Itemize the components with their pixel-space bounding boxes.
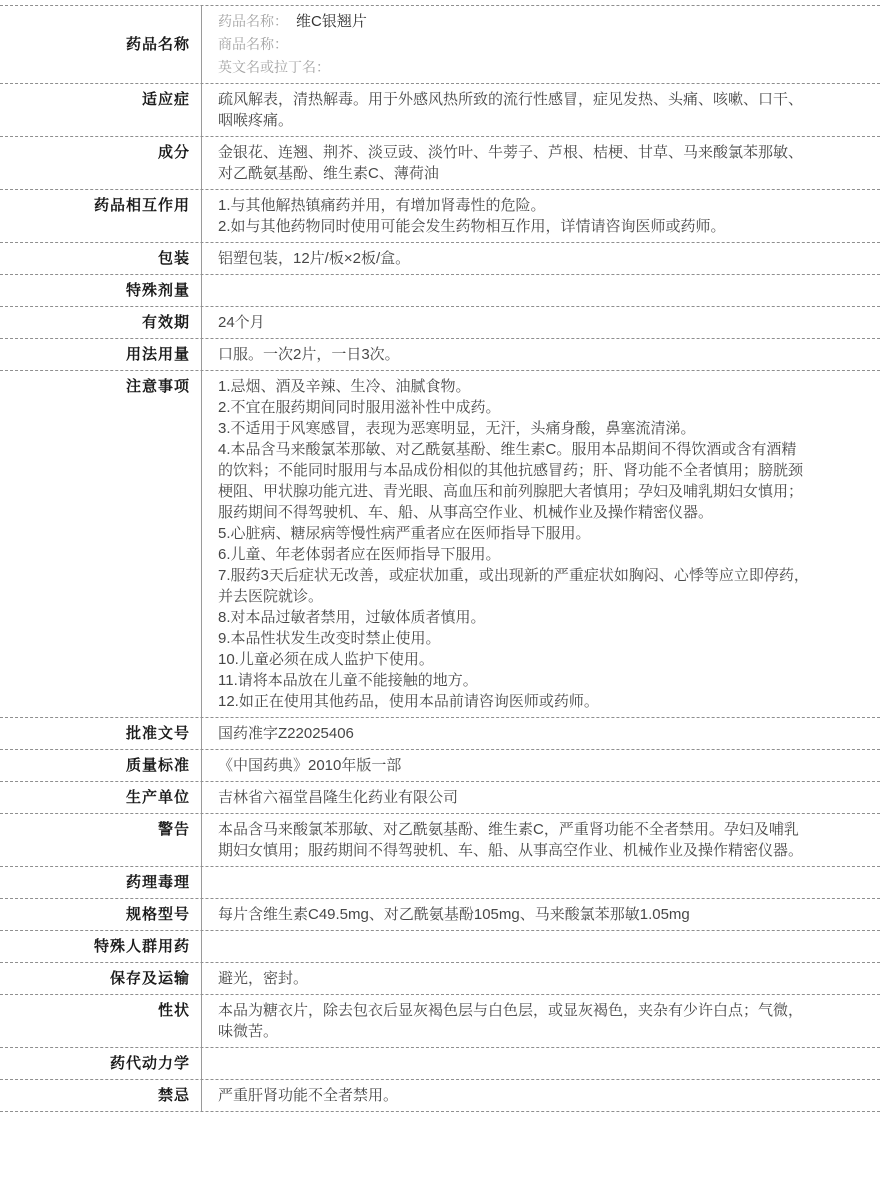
table-row: 特殊人群用药 — [0, 931, 880, 963]
row-label: 药代动力学 — [0, 1048, 202, 1079]
row-label: 注意事项 — [0, 371, 202, 717]
content-text: 金银花、连翘、荆芥、淡豆豉、淡竹叶、牛蒡子、芦根、桔梗、甘草、马来酸氯苯那敏、对… — [218, 142, 810, 184]
content-text: 本品含马来酸氯苯那敏、对乙酰氨基酚、维生素C，严重肾功能不全者禁用。孕妇及哺乳期… — [218, 819, 810, 861]
table-row: 质量标准《中国药典》2010年版一部 — [0, 750, 880, 782]
row-label: 性状 — [0, 995, 202, 1047]
row-label: 适应症 — [0, 84, 202, 136]
content-text: 本品为糖衣片，除去包衣后显灰褐色层与白色层，或显灰褐色，夹杂有少许白点；气微，味… — [218, 1000, 810, 1042]
row-content: 1.与其他解热镇痛药并用，有增加肾毒性的危险。2.如与其他药物同时使用可能会发生… — [202, 190, 880, 242]
content-line: 7.服药3天后症状无改善，或症状加重，或出现新的严重症状如胸闷、心悸等应立即停药… — [218, 565, 810, 607]
table-row: 包装铝塑包装，12片/板×2板/盒。 — [0, 243, 880, 275]
row-content: 国药准字Z22025406 — [202, 718, 880, 749]
row-content: 口服。一次2片，一日3次。 — [202, 339, 880, 370]
row-content: 1.忌烟、酒及辛辣、生冷、油腻食物。2.不宜在服药期间同时服用滋补性中成药。3.… — [202, 371, 880, 717]
row-label: 药品名称 — [0, 6, 202, 83]
content-text: 口服。一次2片，一日3次。 — [218, 344, 810, 365]
row-content: 每片含维生素C49.5mg、对乙酰氨基酚105mg、马来酸氯苯那敏1.05mg — [202, 899, 880, 930]
content-text: 24个月 — [218, 312, 810, 333]
content-text: 疏风解表，清热解毒。用于外感风热所致的流行性感冒，症见发热、头痛、咳嗽、口干、咽… — [218, 89, 810, 131]
row-label: 禁忌 — [0, 1080, 202, 1111]
row-label: 药理毒理 — [0, 867, 202, 898]
drug-name-field: 药品名称：维C银翘片 — [218, 10, 810, 33]
table-row: 适应症疏风解表，清热解毒。用于外感风热所致的流行性感冒，症见发热、头痛、咳嗽、口… — [0, 84, 880, 137]
row-content — [202, 275, 880, 306]
content-line: 5.心脏病、糖尿病等慢性病严重者应在医师指导下服用。 — [218, 523, 810, 544]
row-label: 保存及运输 — [0, 963, 202, 994]
field-key: 商品名称： — [218, 36, 288, 52]
table-row: 批准文号国药准字Z22025406 — [0, 718, 880, 750]
row-content: 金银花、连翘、荆芥、淡豆豉、淡竹叶、牛蒡子、芦根、桔梗、甘草、马来酸氯苯那敏、对… — [202, 137, 880, 189]
table-row: 药品名称药品名称：维C银翘片商品名称：英文名或拉丁名： — [0, 6, 880, 84]
table-row: 禁忌严重肝肾功能不全者禁用。 — [0, 1080, 880, 1112]
content-text — [218, 936, 810, 957]
table-row: 特殊剂量 — [0, 275, 880, 307]
content-text — [218, 872, 810, 893]
content-text: 《中国药典》2010年版一部 — [218, 755, 810, 776]
row-content: 药品名称：维C银翘片商品名称：英文名或拉丁名： — [202, 6, 880, 83]
table-row: 保存及运输避光，密封。 — [0, 963, 880, 995]
table-row: 警告本品含马来酸氯苯那敏、对乙酰氨基酚、维生素C，严重肾功能不全者禁用。孕妇及哺… — [0, 814, 880, 867]
content-line: 4.本品含马来酸氯苯那敏、对乙酰氨基酚、维生素C。服用本品期间不得饮酒或含有酒精… — [218, 439, 810, 523]
content-text — [218, 1053, 810, 1074]
content-text: 避光，密封。 — [218, 968, 810, 989]
row-label: 规格型号 — [0, 899, 202, 930]
row-content: 本品为糖衣片，除去包衣后显灰褐色层与白色层，或显灰褐色，夹杂有少许白点；气微，味… — [202, 995, 880, 1047]
drug-name-field: 商品名称： — [218, 33, 810, 56]
row-label: 有效期 — [0, 307, 202, 338]
content-line: 12.如正在使用其他药品，使用本品前请咨询医师或药师。 — [218, 691, 810, 712]
content-text: 吉林省六福堂昌隆生化药业有限公司 — [218, 787, 810, 808]
row-label: 生产单位 — [0, 782, 202, 813]
table-row: 注意事项1.忌烟、酒及辛辣、生冷、油腻食物。2.不宜在服药期间同时服用滋补性中成… — [0, 371, 880, 718]
content-text: 每片含维生素C49.5mg、对乙酰氨基酚105mg、马来酸氯苯那敏1.05mg — [218, 904, 810, 925]
table-row: 药代动力学 — [0, 1048, 880, 1080]
content-text: 严重肝肾功能不全者禁用。 — [218, 1085, 810, 1106]
table-row: 规格型号每片含维生素C49.5mg、对乙酰氨基酚105mg、马来酸氯苯那敏1.0… — [0, 899, 880, 931]
drug-name-field: 英文名或拉丁名： — [218, 56, 810, 79]
content-line: 10.儿童必须在成人监护下使用。 — [218, 649, 810, 670]
drug-info-table: 药品名称药品名称：维C银翘片商品名称：英文名或拉丁名：适应症疏风解表，清热解毒。… — [0, 5, 880, 1112]
row-label: 警告 — [0, 814, 202, 866]
content-text: 国药准字Z22025406 — [218, 723, 810, 744]
table-row: 药品相互作用1.与其他解热镇痛药并用，有增加肾毒性的危险。2.如与其他药物同时使… — [0, 190, 880, 243]
table-row: 性状本品为糖衣片，除去包衣后显灰褐色层与白色层，或显灰褐色，夹杂有少许白点；气微… — [0, 995, 880, 1048]
row-content: 《中国药典》2010年版一部 — [202, 750, 880, 781]
table-row: 成分金银花、连翘、荆芥、淡豆豉、淡竹叶、牛蒡子、芦根、桔梗、甘草、马来酸氯苯那敏… — [0, 137, 880, 190]
content-line: 1.忌烟、酒及辛辣、生冷、油腻食物。 — [218, 376, 810, 397]
table-row: 生产单位吉林省六福堂昌隆生化药业有限公司 — [0, 782, 880, 814]
row-label: 特殊剂量 — [0, 275, 202, 306]
row-label: 批准文号 — [0, 718, 202, 749]
row-content: 避光，密封。 — [202, 963, 880, 994]
table-row: 用法用量口服。一次2片，一日3次。 — [0, 339, 880, 371]
row-label: 用法用量 — [0, 339, 202, 370]
table-row: 有效期24个月 — [0, 307, 880, 339]
content-line: 2.如与其他药物同时使用可能会发生药物相互作用，详情请咨询医师或药师。 — [218, 216, 810, 237]
row-label: 特殊人群用药 — [0, 931, 202, 962]
row-content: 严重肝肾功能不全者禁用。 — [202, 1080, 880, 1111]
row-content — [202, 931, 880, 962]
content-line: 6.儿童、年老体弱者应在医师指导下服用。 — [218, 544, 810, 565]
content-text: 铝塑包装，12片/板×2板/盒。 — [218, 248, 810, 269]
content-line: 1.与其他解热镇痛药并用，有增加肾毒性的危险。 — [218, 195, 810, 216]
field-key: 药品名称： — [218, 13, 288, 29]
content-line: 3.不适用于风寒感冒，表现为恶寒明显，无汗，头痛身酸，鼻塞流清涕。 — [218, 418, 810, 439]
row-content — [202, 867, 880, 898]
row-content: 本品含马来酸氯苯那敏、对乙酰氨基酚、维生素C，严重肾功能不全者禁用。孕妇及哺乳期… — [202, 814, 880, 866]
content-line: 11.请将本品放在儿童不能接触的地方。 — [218, 670, 810, 691]
row-label: 成分 — [0, 137, 202, 189]
row-label: 包装 — [0, 243, 202, 274]
field-value: 维C银翘片 — [296, 13, 367, 30]
content-line: 8.对本品过敏者禁用，过敏体质者慎用。 — [218, 607, 810, 628]
row-content: 吉林省六福堂昌隆生化药业有限公司 — [202, 782, 880, 813]
row-content: 铝塑包装，12片/板×2板/盒。 — [202, 243, 880, 274]
row-content — [202, 1048, 880, 1079]
content-text — [218, 280, 810, 301]
row-label: 药品相互作用 — [0, 190, 202, 242]
row-label: 质量标准 — [0, 750, 202, 781]
content-line: 2.不宜在服药期间同时服用滋补性中成药。 — [218, 397, 810, 418]
field-key: 英文名或拉丁名： — [218, 59, 330, 75]
table-row: 药理毒理 — [0, 867, 880, 899]
row-content: 24个月 — [202, 307, 880, 338]
row-content: 疏风解表，清热解毒。用于外感风热所致的流行性感冒，症见发热、头痛、咳嗽、口干、咽… — [202, 84, 880, 136]
content-line: 9.本品性状发生改变时禁止使用。 — [218, 628, 810, 649]
